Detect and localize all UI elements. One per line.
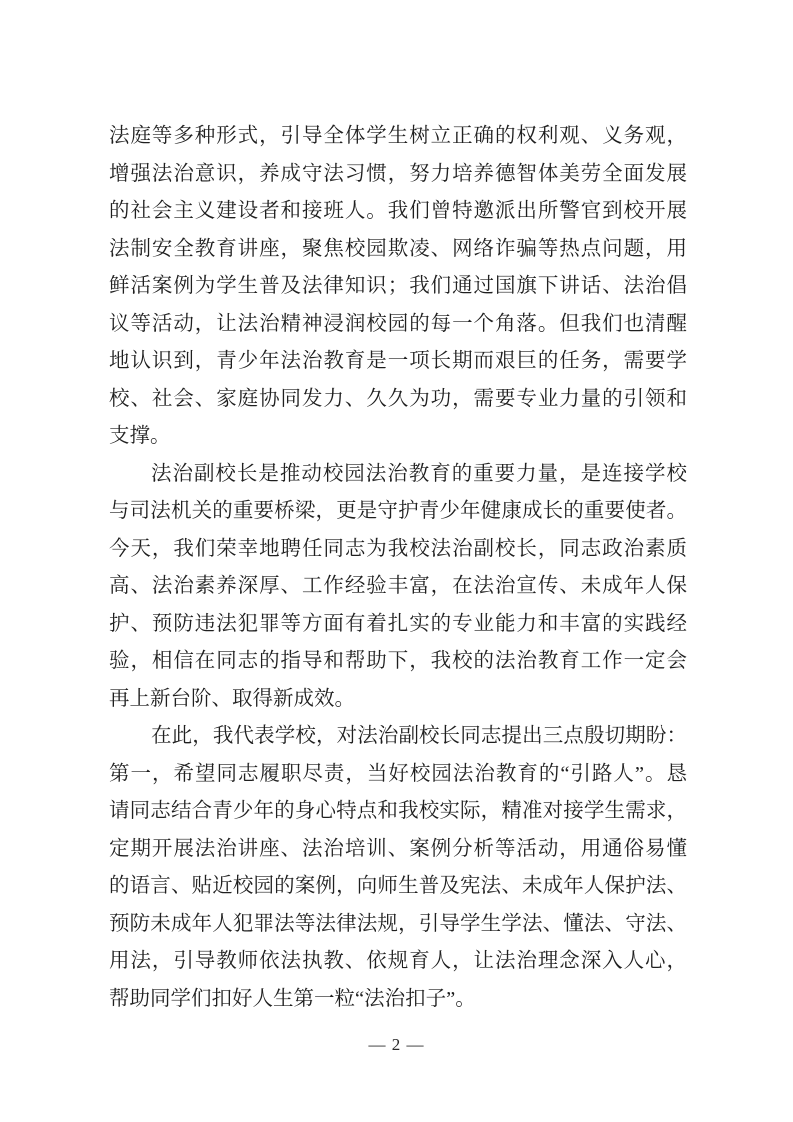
page-number: — 2 — [0, 1032, 793, 1058]
text-line: 与司法机关的重要桥梁，更是守护青少年健康成长的重要使者。 [109, 493, 687, 531]
text-line: 鲜活案例为学生普及法律知识；我们通过国旗下讲话、法治倡 [109, 268, 687, 306]
text-line: 用法，引导教师依法执教、依规育人，让法治理念深入人心， [109, 943, 687, 981]
text-line: 支撑。 [109, 418, 687, 456]
text-line: 护、预防违法犯罪等方面有着扎实的专业能力和丰富的实践经 [109, 606, 687, 644]
text-line: 帮助同学们扣好人生第一粒“法治扣子”。 [109, 981, 687, 1019]
text-line: 地认识到，青少年法治教育是一项长期而艰巨的任务，需要学 [109, 343, 687, 381]
text-line: 定期开展法治讲座、法治培训、案例分析等活动，用通俗易懂 [109, 831, 687, 869]
text-line: 法制安全教育讲座，聚焦校园欺凌、网络诈骗等热点问题，用 [109, 231, 687, 269]
text-line: 增强法治意识，养成守法习惯，努力培养德智体美劳全面发展 [109, 156, 687, 194]
text-line: 法庭等多种形式，引导全体学生树立正确的权利观、义务观， [109, 118, 687, 156]
text-line: 验，相信在同志的指导和帮助下，我校的法治教育工作一定会 [109, 643, 687, 681]
text-line: 高、法治素养深厚、工作经验丰富，在法治宣传、未成年人保 [109, 568, 687, 606]
text-line: 议等活动，让法治精神浸润校园的每一个角落。但我们也清醒 [109, 306, 687, 344]
text-line: 的社会主义建设者和接班人。我们曾特邀派出所警官到校开展 [109, 193, 687, 231]
document-page: 法庭等多种形式，引导全体学生树立正确的权利观、义务观，增强法治意识，养成守法习惯… [0, 0, 793, 1122]
text-line: 请同志结合青少年的身心特点和我校实际，精准对接学生需求， [109, 793, 687, 831]
text-line: 第一，希望同志履职尽责，当好校园法治教育的“引路人”。恳 [109, 756, 687, 794]
text-line: 在此，我代表学校，对法治副校长同志提出三点殷切期盼： [109, 718, 687, 756]
text-line: 法治副校长是推动校园法治教育的重要力量，是连接学校 [109, 456, 687, 494]
text-line: 预防未成年人犯罪法等法律法规，引导学生学法、懂法、守法、 [109, 906, 687, 944]
text-line: 再上新台阶、取得新成效。 [109, 681, 687, 719]
text-line: 今天，我们荣幸地聘任同志为我校法治副校长，同志政治素质 [109, 531, 687, 569]
document-body-text: 法庭等多种形式，引导全体学生树立正确的权利观、义务观，增强法治意识，养成守法习惯… [109, 118, 687, 1018]
text-line: 的语言、贴近校园的案例，向师生普及宪法、未成年人保护法、 [109, 868, 687, 906]
text-line: 校、社会、家庭协同发力、久久为功，需要专业力量的引领和 [109, 381, 687, 419]
